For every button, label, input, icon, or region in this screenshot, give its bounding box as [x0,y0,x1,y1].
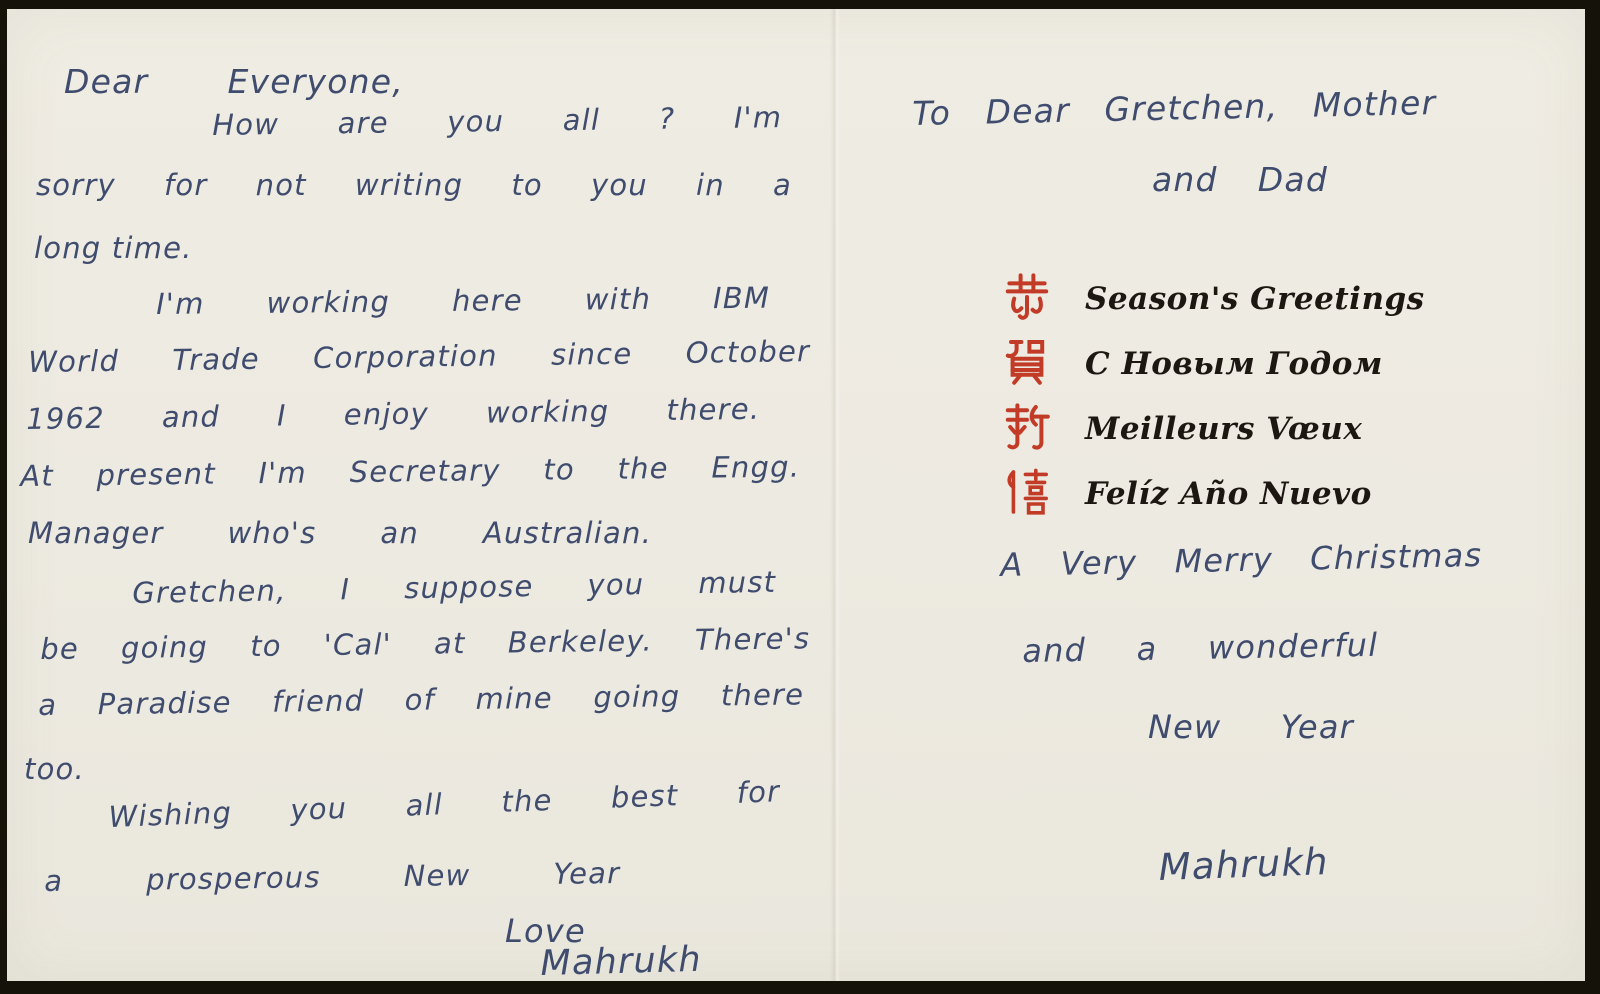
letter-line: I'm working here with IBM [156,281,770,321]
printed-greeting-french: Meilleurs Vœux [1085,411,1362,447]
seal-character-xin-icon [1003,402,1051,452]
card-fold-crease [830,9,840,981]
printed-greeting-russian: С Новым Годом [1085,346,1383,382]
letter-line: too. [24,752,85,786]
printed-greeting-spanish: Felíz Año Nuevo [1085,476,1372,512]
letter-line: long time. [34,231,193,265]
chinese-seal-column [1003,272,1051,517]
signature-left: Mahrukh [540,940,702,984]
letter-line: sorry for not writing to you in a [36,168,792,202]
salutation: Dear Everyone, [64,62,404,101]
seal-character-gong-icon [1003,272,1051,322]
letter-line: Manager who's an Australian. [28,516,652,550]
greeting-line: New Year [1148,708,1354,746]
greeting-line: and a wonderful [1022,626,1379,670]
signature-right: Mahrukh [1158,840,1329,889]
dedication-line-2: and Dad [1152,160,1328,199]
greeting-card-scan: Dear Everyone, How are you all ? I'm sor… [0,0,1600,994]
seal-character-he-icon [1003,337,1051,387]
seal-character-xi-icon [1003,467,1051,517]
printed-greeting-english: Season's Greetings [1085,281,1425,317]
